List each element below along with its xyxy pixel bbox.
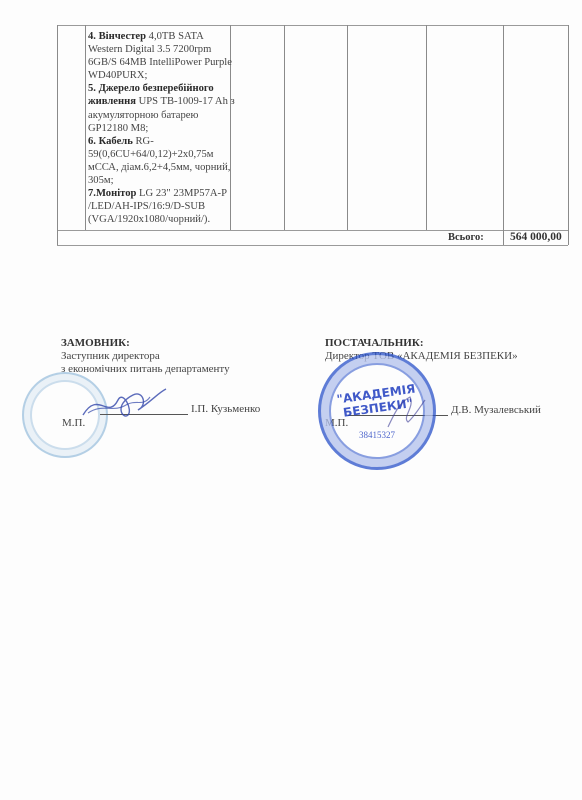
table-col-divider: [85, 25, 86, 230]
table-right-border: [568, 25, 569, 245]
item-line: 7.Монітор LG 23" 23MP57A-P /LED/AH-IPS/1…: [88, 187, 238, 226]
table-row-border: [57, 230, 568, 231]
table-top-border: [57, 25, 568, 26]
customer-position-line1: Заступник директора: [61, 350, 230, 363]
total-label: Всього:: [448, 232, 484, 243]
contract-page: 4. Вінчестер 4,0TB SATA Western Digital …: [0, 0, 582, 800]
table-col-divider: [503, 25, 504, 245]
supplier-signature-icon: [380, 392, 430, 432]
table-col-divider: [284, 25, 285, 230]
item-line: 4. Вінчестер 4,0TB SATA Western Digital …: [88, 30, 238, 82]
customer-position-line2: з економічних питань департаменту: [61, 363, 230, 376]
item-name: 6. Кабель: [88, 136, 133, 147]
item-description-cell: 4. Вінчестер 4,0TB SATA Western Digital …: [88, 30, 238, 226]
customer-signature-icon: [78, 385, 168, 425]
customer-block: ЗАМОВНИК: Заступник директора з економіч…: [61, 337, 230, 376]
item-line: 6. Кабель RG-59(0,6CU+64/0,12)+2x0,75м м…: [88, 135, 238, 187]
table-col-divider: [426, 25, 427, 230]
customer-header: ЗАМОВНИК:: [61, 337, 230, 350]
total-value: 564 000,00: [510, 231, 562, 243]
table-left-border: [57, 25, 58, 245]
item-name: 4. Вінчестер: [88, 31, 146, 42]
supplier-signer: Д.В. Музалевський: [451, 404, 541, 417]
item-line: 5. Джерело безперебійного живлення UPS T…: [88, 82, 238, 134]
table-col-divider: [347, 25, 348, 230]
supplier-header: ПОСТАЧАЛЬНИК:: [325, 337, 518, 350]
table-bottom-border: [57, 245, 568, 246]
customer-signer: І.П. Кузьменко: [191, 403, 260, 416]
item-name: 7.Монітор: [88, 188, 136, 199]
